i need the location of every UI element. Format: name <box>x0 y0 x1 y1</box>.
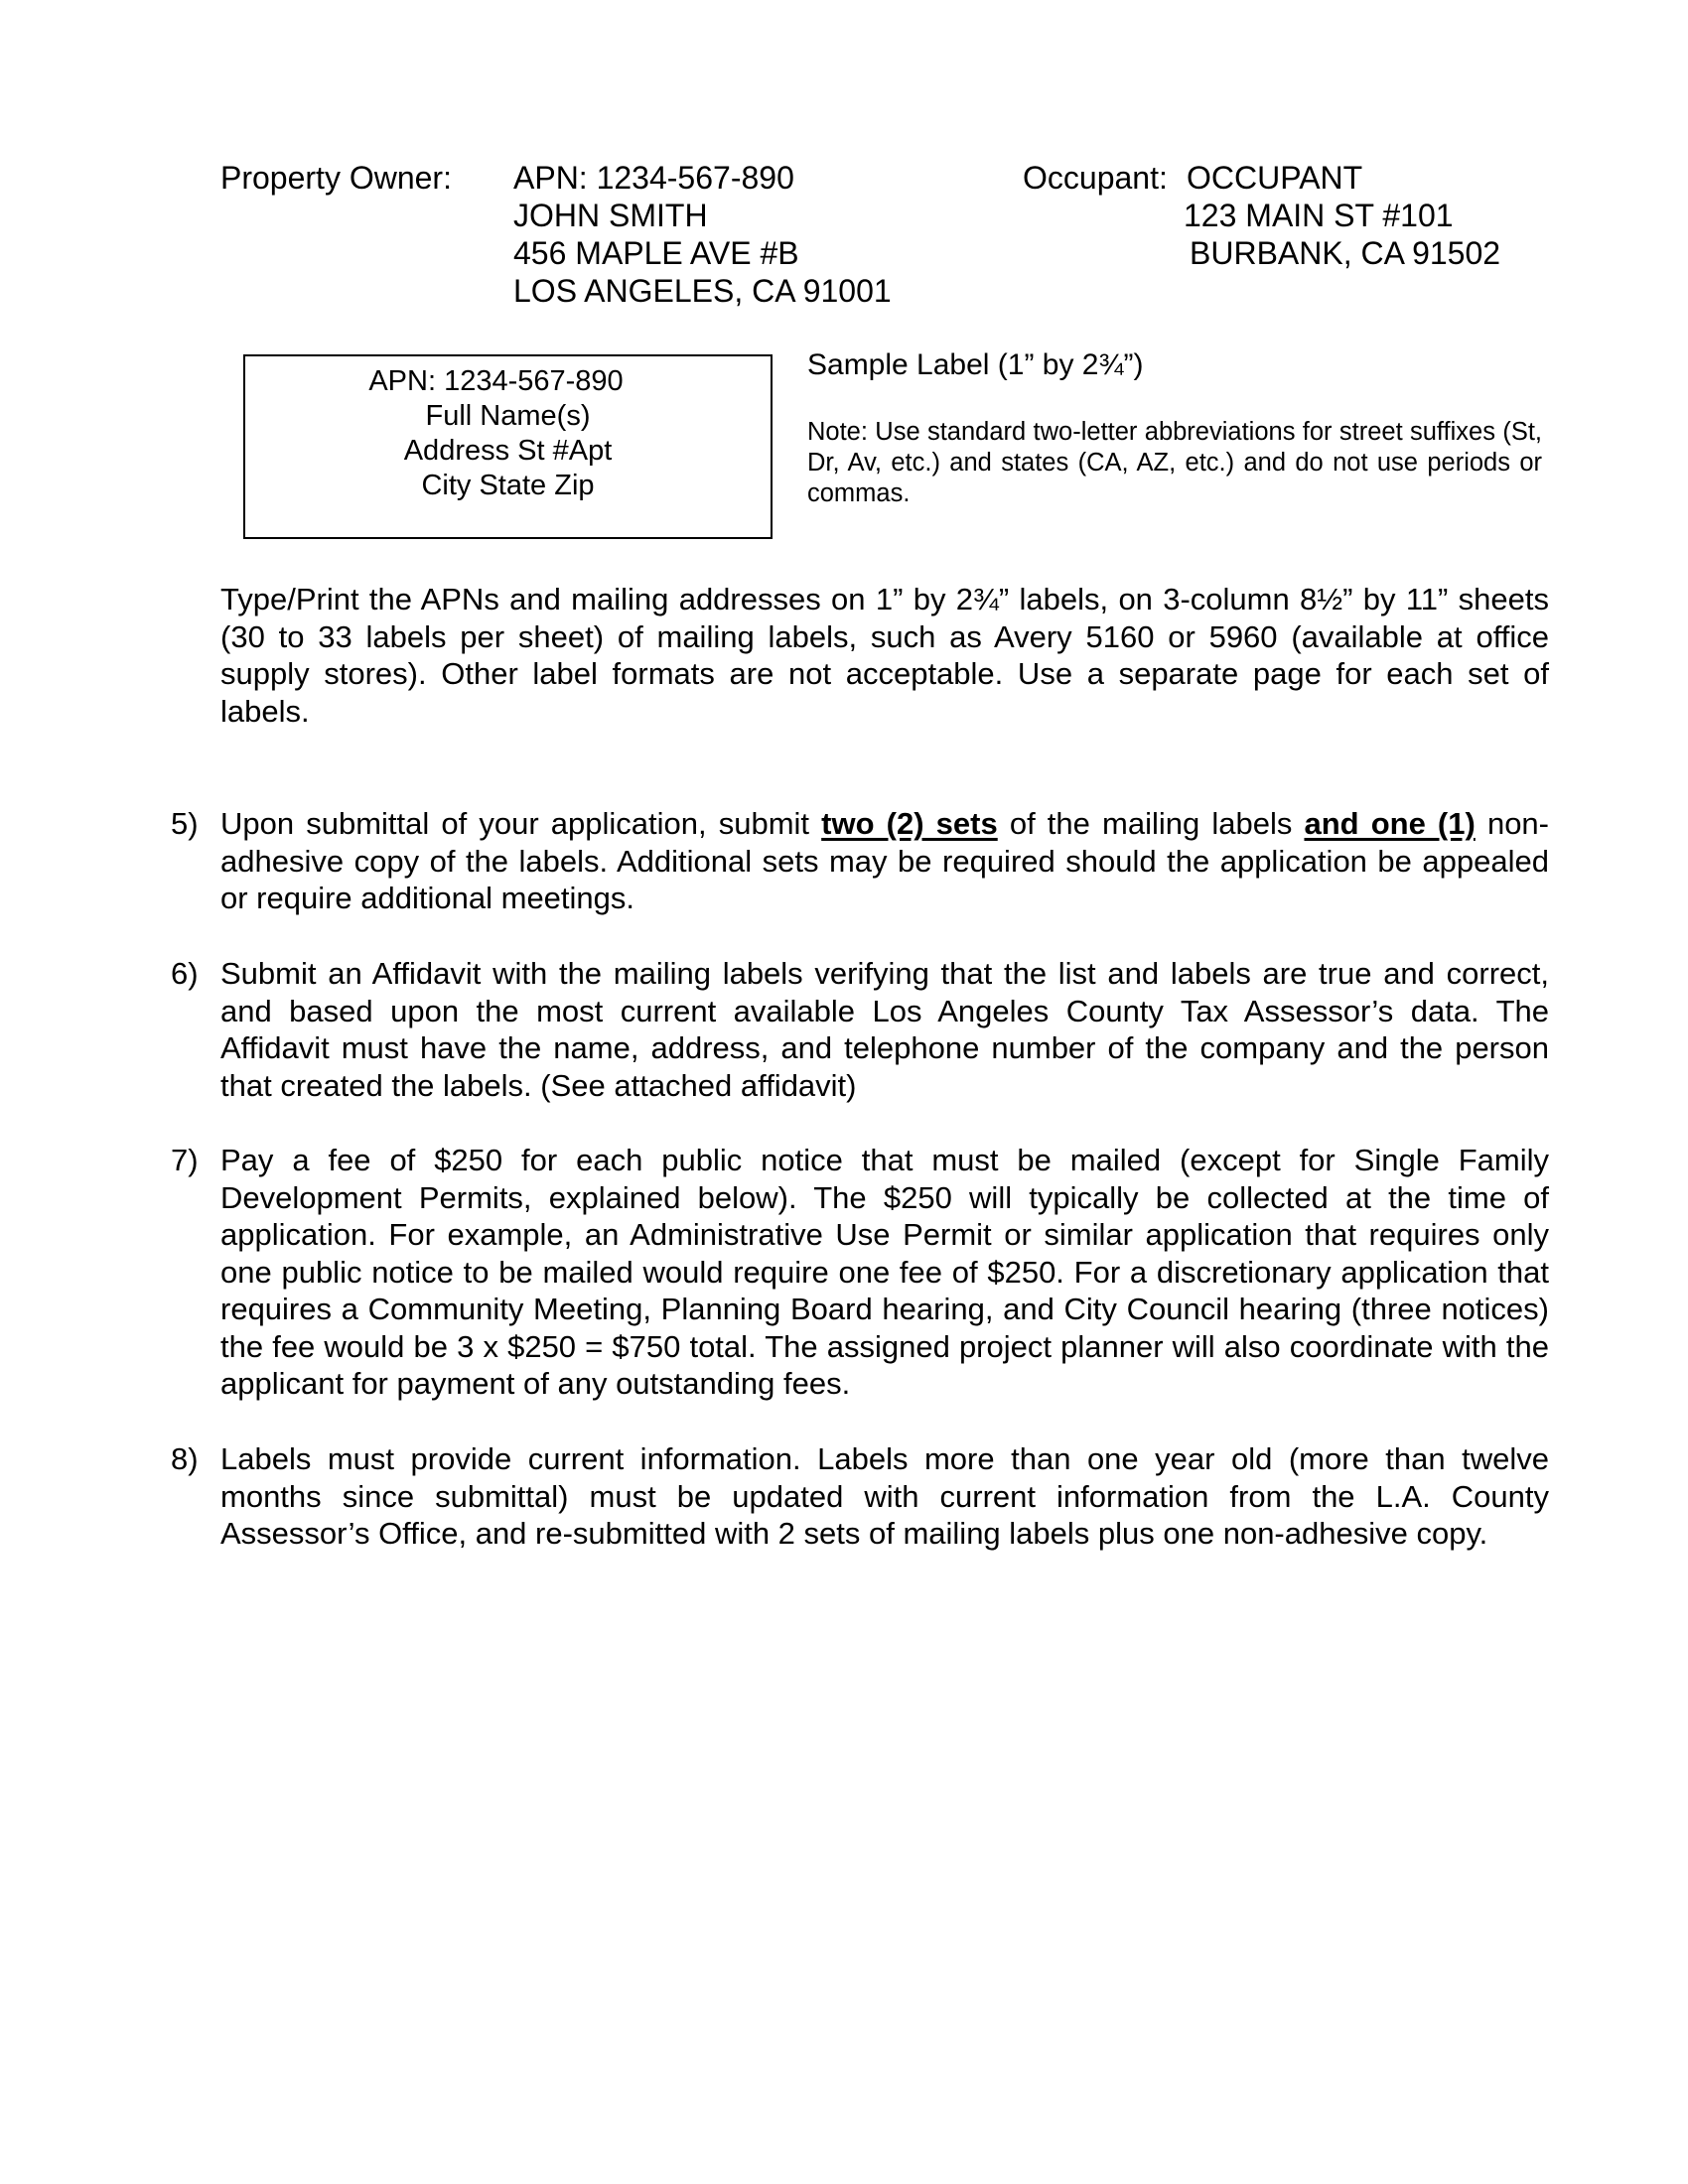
label-instructions: Type/Print the APNs and mailing addresse… <box>220 581 1549 730</box>
item-number: 8) <box>171 1440 199 1478</box>
item-number: 6) <box>171 955 199 993</box>
occupant-name: OCCUPANT <box>1187 159 1500 197</box>
list-item: 7) Pay a fee of $250 for each public not… <box>171 1142 1549 1403</box>
sample-label-apn: APN: 1234-567-890 <box>221 364 771 399</box>
occupant-street: 123 MAIN ST #101 <box>1184 197 1500 234</box>
emphasis-one-copy: and one (1) <box>1304 806 1475 841</box>
occupant-address: OCCUPANT 123 MAIN ST #101 BURBANK, CA 91… <box>1187 159 1500 272</box>
abbreviation-note: Note: Use standard two-letter abbreviati… <box>807 417 1542 509</box>
item-text: Labels must provide current information.… <box>220 1440 1549 1553</box>
owner-city: LOS ANGELES, CA 91001 <box>513 272 892 310</box>
sample-label-name: Full Name(s) <box>245 399 771 434</box>
property-owner-address: APN: 1234-567-890 JOHN SMITH 456 MAPLE A… <box>513 159 892 310</box>
item-number: 5) <box>171 805 199 843</box>
emphasis-two-sets: two (2) sets <box>821 806 998 841</box>
sample-label-title: Sample Label (1” by 2¾”) <box>807 346 1144 384</box>
item-text: Upon submittal of your application, subm… <box>220 805 1549 917</box>
owner-street: 456 MAPLE AVE #B <box>513 234 892 272</box>
item-text: Submit an Affidavit with the mailing lab… <box>220 955 1549 1104</box>
owner-apn: APN: 1234-567-890 <box>513 159 892 197</box>
list-item: 6) Submit an Affidavit with the mailing … <box>171 955 1549 1104</box>
list-item: 8) Labels must provide current informati… <box>171 1440 1549 1553</box>
occupant-city: BURBANK, CA 91502 <box>1190 234 1500 272</box>
occupant-label: Occupant: <box>1023 159 1168 197</box>
list-item: 5) Upon submittal of your application, s… <box>171 805 1549 917</box>
owner-name: JOHN SMITH <box>513 197 892 234</box>
sample-label-city: City State Zip <box>245 469 771 503</box>
property-owner-label: Property Owner: <box>220 159 452 197</box>
item-text: Pay a fee of $250 for each public notice… <box>220 1142 1549 1403</box>
item-number: 7) <box>171 1142 199 1179</box>
sample-label-address: Address St #Apt <box>245 434 771 469</box>
sample-label-box: APN: 1234-567-890 Full Name(s) Address S… <box>243 354 773 539</box>
